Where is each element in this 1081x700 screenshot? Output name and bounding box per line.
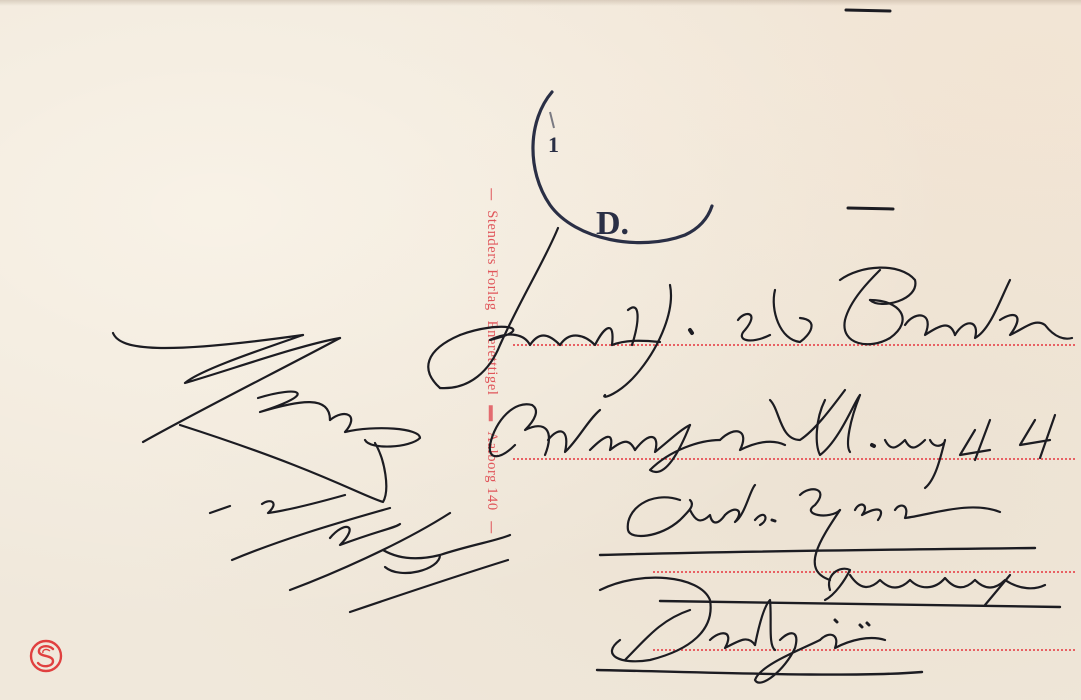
address-guide-line-2 [513,458,1075,460]
imprint-rights: Eneretttigel [483,320,500,395]
svg-text:1: 1 [548,132,559,157]
postmark-stamp-icon: 1 D. [520,80,720,260]
svg-text:D.: D. [596,205,629,242]
imprint-city-number: Aalborg 140 [483,431,500,510]
stenders-s-logo-icon [28,638,64,674]
imprint-publisher: Stenders Forlag [483,210,500,310]
address-guide-line-4 [653,649,1075,651]
imprint-separator [489,405,493,421]
postcard: Stenders Forlag Eneretttigel Aalborg 140… [0,0,1081,700]
imprint-dash [490,188,492,200]
publisher-imprint: Stenders Forlag Eneretttigel Aalborg 140 [481,110,501,610]
address-guide-line-3 [653,571,1075,573]
address-guide-line-1 [513,344,1075,346]
imprint-dash [490,520,492,532]
